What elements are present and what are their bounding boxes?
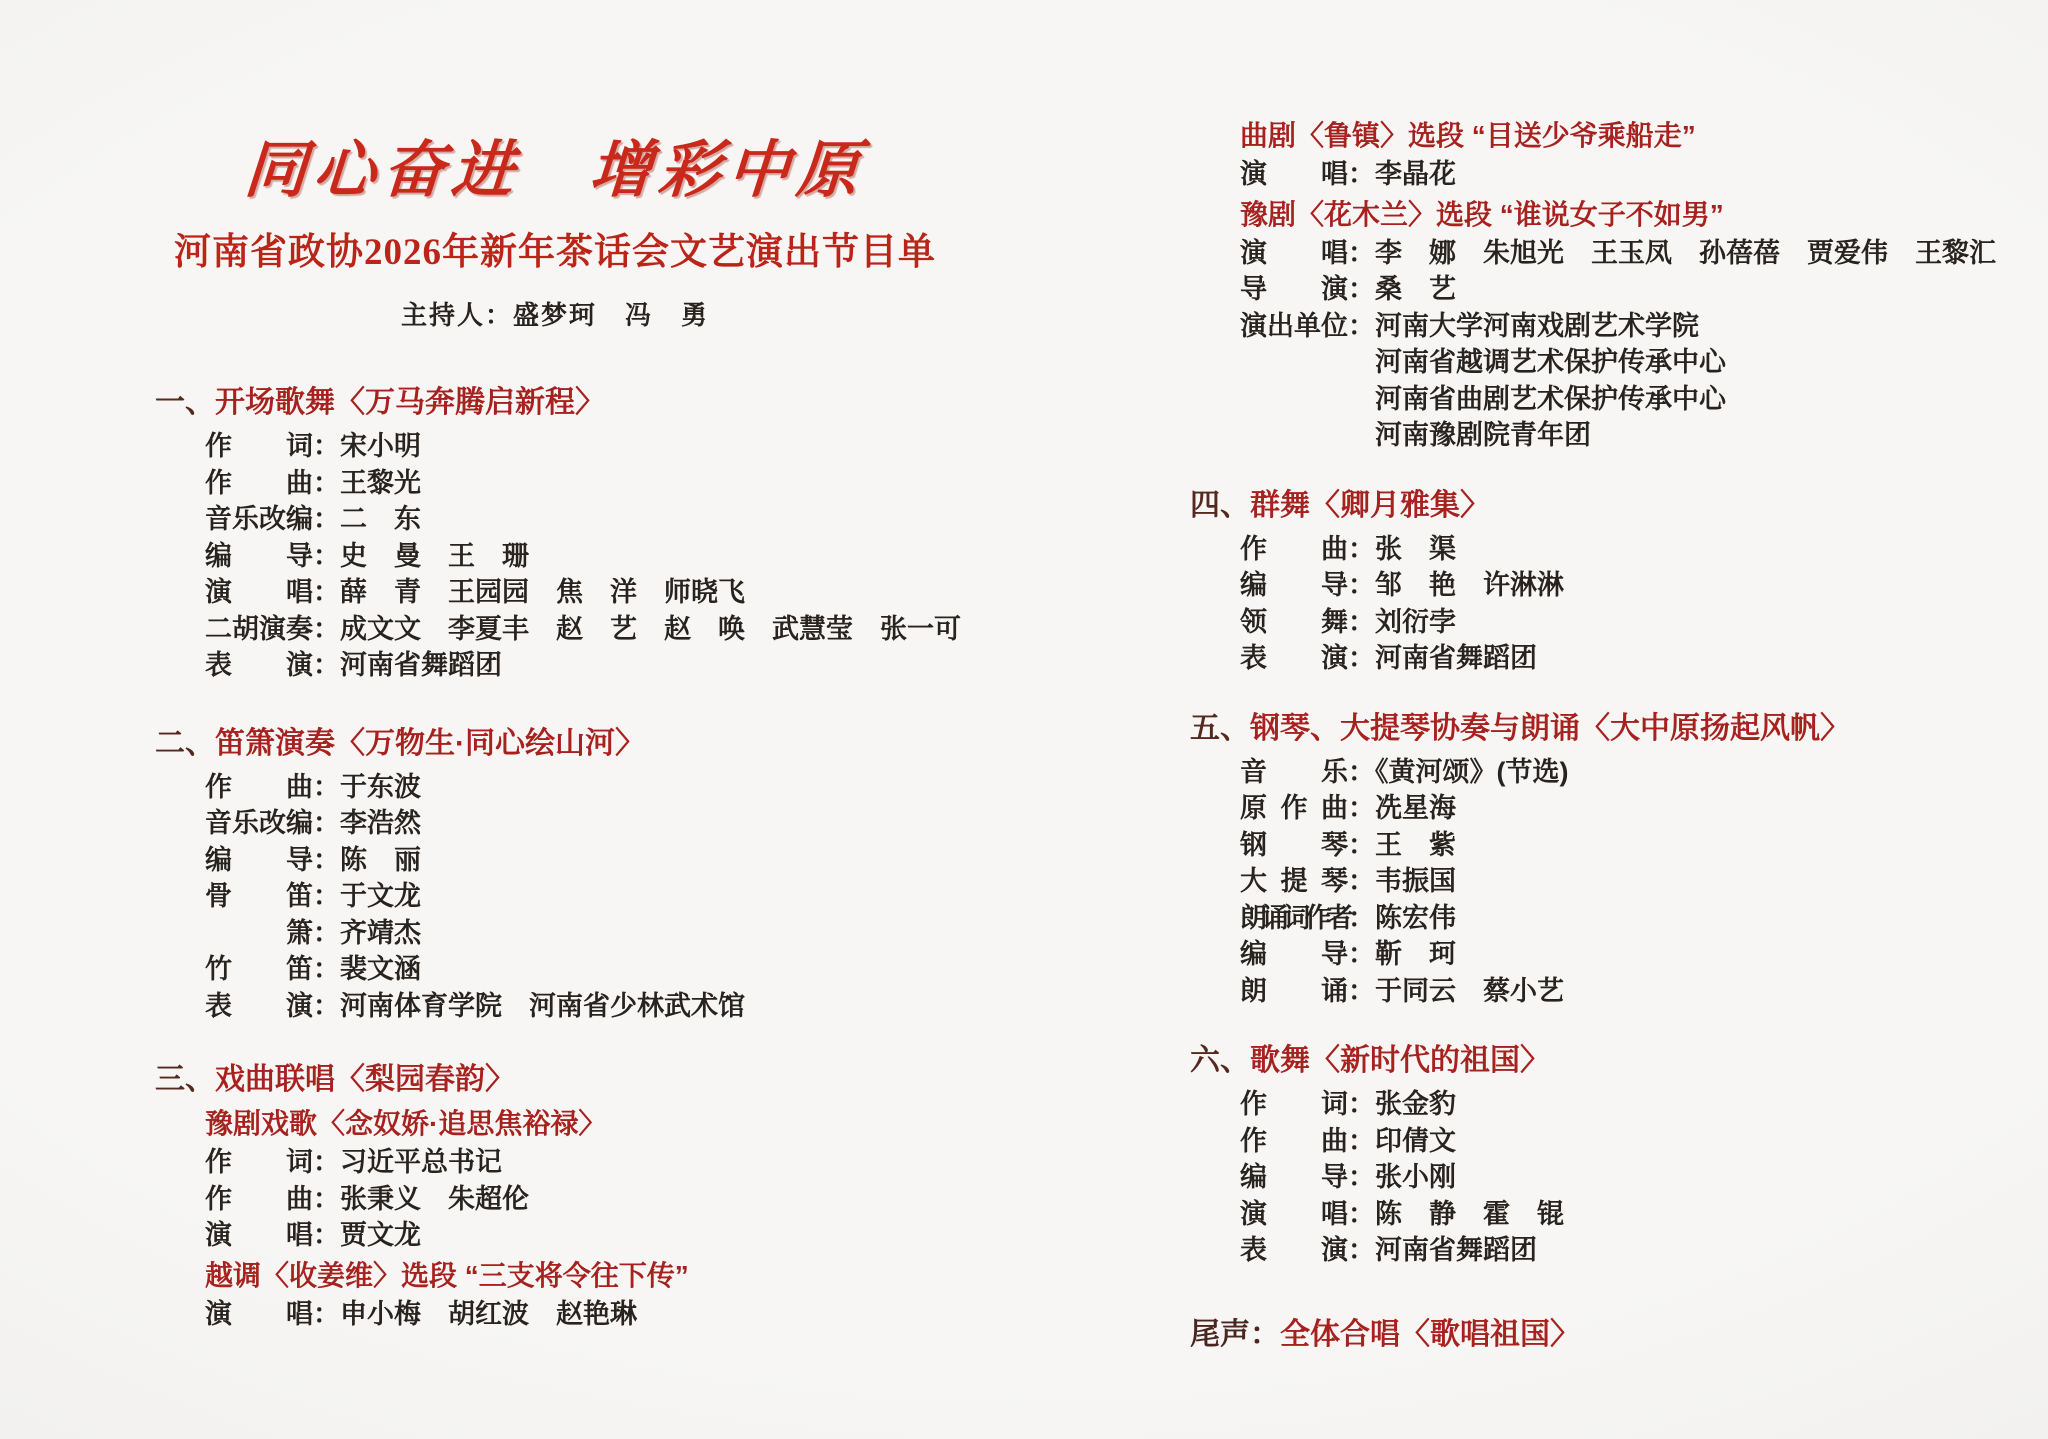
credit-row: 作曲：王黎光 [205, 465, 955, 502]
credit-value: ：张秉义 朱超伦 [313, 1184, 529, 1214]
credit-label: 演唱 [205, 574, 313, 611]
section-3-heading: 三、戏曲联唱〈梨园春韵〉 [155, 1060, 955, 1100]
finale-title: 全体合唱〈歌唱祖国〉 [1280, 1318, 1580, 1351]
credit-value: ：《黄河颂》(节选) [1348, 757, 1568, 787]
credit-value: ：桑 艺 [1348, 274, 1456, 304]
credit-row: 箫：齐靖杰 [205, 915, 955, 952]
credit-row: 音乐：《黄河颂》(节选) [1240, 754, 2030, 791]
piece-subtitle: 越调〈收姜维〉选段 “三支将令往下传” [205, 1257, 955, 1294]
credit-row: 作词：宋小明 [205, 428, 955, 465]
credit-label: 作词 [205, 428, 313, 465]
credit-value: ：李晶花 [1348, 159, 1456, 189]
section-1-heading: 一、开场歌舞〈万马奔腾启新程〉 [155, 383, 955, 423]
credit-label: 演唱 [205, 1217, 313, 1254]
credit-value: 河南省曲剧艺术保护传承中心 [1375, 384, 1726, 414]
section-2-body: 作曲：于东波 音乐改编：李浩然 编导：陈 丽 骨笛：于文龙 箫：齐靖杰 竹笛：裴… [155, 769, 955, 1025]
credit-label: 竹笛 [205, 951, 313, 988]
section-6-title: 歌舞〈新时代的祖国〉 [1250, 1044, 1550, 1077]
credit-label: 作曲 [1240, 531, 1348, 568]
credit-label: 作词 [1240, 1086, 1348, 1123]
credit-label: 编导 [205, 538, 313, 575]
credit-label: 二胡演奏 [205, 611, 313, 648]
credit-row: 表演：河南省舞蹈团 [1240, 1232, 2030, 1269]
credit-value: ：邹 艳 许淋淋 [1348, 570, 1564, 600]
section-3-title: 戏曲联唱〈梨园春韵〉 [215, 1063, 515, 1096]
credit-label: 演唱 [205, 1296, 313, 1333]
credit-row: 演出单位：河南大学河南戏剧艺术学院 [1240, 308, 2030, 345]
credit-row: 演唱：薛 青 王园园 焦 洋 师晓飞 [205, 574, 955, 611]
credit-row-continuation: 河南豫剧院青年团 [1240, 417, 2030, 454]
section-5-title: 钢琴、大提琴协奏与朗诵〈大中原扬起风帆〉 [1250, 712, 1850, 745]
left-column: 同心奋进 增彩中原 河南省政协2026年新年茶话会文艺演出节目单 主持人：盛梦珂… [155, 0, 955, 1332]
credit-label: 作曲 [205, 465, 313, 502]
credit-label: 表演 [1240, 1232, 1348, 1269]
credit-label: 演出单位 [1240, 308, 1348, 345]
section-4-heading: 四、群舞〈卿月雅集〉 [1190, 486, 2030, 526]
credit-label: 钢琴 [1240, 827, 1348, 864]
credit-value: ：王 紫 [1348, 830, 1456, 860]
credit-row: 作词：张金豹 [1240, 1086, 2030, 1123]
program-page: 同心奋进 增彩中原 河南省政协2026年新年茶话会文艺演出节目单 主持人：盛梦珂… [0, 0, 2048, 1439]
credit-label: 箫 [205, 915, 313, 952]
section-4: 四、群舞〈卿月雅集〉 作曲：张 渠 编导：邹 艳 许淋淋 领舞：刘衍孛 表演：河… [1190, 486, 2030, 677]
credit-row: 二胡演奏：成文文 李夏丰 赵 艺 赵 唤 武慧莹 张一可 [205, 611, 955, 648]
credit-label: 音乐改编 [205, 805, 313, 842]
section-2-number: 二、 [155, 727, 215, 760]
credit-row: 表演：河南省舞蹈团 [205, 647, 955, 684]
credit-label: 演唱 [1240, 1196, 1348, 1233]
credit-label: 演唱 [1240, 156, 1348, 193]
section-4-title: 群舞〈卿月雅集〉 [1250, 489, 1490, 522]
credit-value: ：薛 青 王园园 焦 洋 师晓飞 [313, 577, 745, 607]
section-5-number: 五、 [1190, 712, 1250, 745]
credit-label: 作词 [205, 1144, 313, 1181]
credit-row: 作曲：印倩文 [1240, 1123, 2030, 1160]
credit-value: 河南豫剧院青年团 [1375, 420, 1591, 450]
credit-value: ：王黎光 [313, 468, 421, 498]
piece-subtitle: 豫剧戏歌〈念奴娇·追思焦裕禄〉 [205, 1105, 955, 1142]
credit-row: 钢琴：王 紫 [1240, 827, 2030, 864]
credit-row: 演唱：李 娜 朱旭光 王玉凤 孙蓓蓓 贾爱伟 王黎汇 [1240, 235, 2030, 272]
credit-value: ：张 渠 [1348, 534, 1456, 564]
credit-row: 作曲：于东波 [205, 769, 955, 806]
credit-value: ：河南省舞蹈团 [1348, 643, 1537, 673]
section-6-heading: 六、歌舞〈新时代的祖国〉 [1190, 1041, 2030, 1081]
credit-row: 编导：邹 艳 许淋淋 [1240, 567, 2030, 604]
credit-value: ：陈 丽 [313, 845, 421, 875]
credit-value: ：印倩文 [1348, 1126, 1456, 1156]
credit-row: 编导：张小刚 [1240, 1159, 2030, 1196]
credit-row: 骨笛：于文龙 [205, 878, 955, 915]
credit-value: ：习近平总书记 [313, 1147, 502, 1177]
credit-value: 河南省越调艺术保护传承中心 [1375, 347, 1726, 377]
credit-row: 演唱：贾文龙 [205, 1217, 955, 1254]
section-3-continued-body: 曲剧〈鲁镇〉选段 “目送少爷乘船走” 演唱：李晶花 豫剧〈花木兰〉选段 “谁说女… [1190, 117, 2030, 454]
credit-value: ：靳 珂 [1348, 939, 1456, 969]
credit-value: ：李浩然 [313, 808, 421, 838]
credit-value: ：齐靖杰 [313, 918, 421, 948]
credit-label: 音乐 [1240, 754, 1348, 791]
credit-value: ：宋小明 [313, 431, 421, 461]
section-5: 五、钢琴、大提琴协奏与朗诵〈大中原扬起风帆〉 音乐：《黄河颂》(节选) 原作曲：… [1190, 709, 2030, 1010]
credit-value: ：二 东 [313, 504, 421, 534]
credit-row: 表演：河南省舞蹈团 [1240, 640, 2030, 677]
credit-label: 编导 [1240, 936, 1348, 973]
credit-label: 作曲 [205, 1181, 313, 1218]
credit-row: 音乐改编：李浩然 [205, 805, 955, 842]
credit-value: ：河南大学河南戏剧艺术学院 [1348, 311, 1699, 341]
section-1: 一、开场歌舞〈万马奔腾启新程〉 作词：宋小明 作曲：王黎光 音乐改编：二 东 编… [155, 383, 955, 684]
credit-label: 大提琴 [1240, 863, 1348, 900]
piece-subtitle: 豫剧〈花木兰〉选段 “谁说女子不如男” [1240, 196, 2030, 233]
credit-row: 演唱：李晶花 [1240, 156, 2030, 193]
credit-label: 编导 [1240, 567, 1348, 604]
credit-label: 音乐改编 [205, 501, 313, 538]
credit-row: 作曲：张 渠 [1240, 531, 2030, 568]
page-title: 河南省政协2026年新年茶话会文艺演出节目单 [155, 231, 955, 275]
credit-value: ：河南省舞蹈团 [1348, 1235, 1537, 1265]
section-2: 二、笛箫演奏〈万物生·同心绘山河〉 作曲：于东波 音乐改编：李浩然 编导：陈 丽… [155, 724, 955, 1025]
section-5-heading: 五、钢琴、大提琴协奏与朗诵〈大中原扬起风帆〉 [1190, 709, 2030, 749]
credit-row: 演唱：陈 静 霍 锟 [1240, 1196, 2030, 1233]
credit-label: 表演 [205, 988, 313, 1025]
credit-row: 原作曲：冼星海 [1240, 790, 2030, 827]
credit-label: 表演 [205, 647, 313, 684]
credit-value: ：裴文涵 [313, 954, 421, 984]
section-3-number: 三、 [155, 1063, 215, 1096]
credit-value: ：河南体育学院 河南省少林武术馆 [313, 991, 745, 1021]
credit-row: 竹笛：裴文涵 [205, 951, 955, 988]
credit-row: 演唱：申小梅 胡红波 赵艳琳 [205, 1296, 955, 1333]
credit-value: ：冼星海 [1348, 793, 1456, 823]
section-3: 三、戏曲联唱〈梨园春韵〉 豫剧戏歌〈念奴娇·追思焦裕禄〉 作词：习近平总书记 作… [155, 1060, 955, 1332]
credit-label: 作曲 [205, 769, 313, 806]
host-line: 主持人：盛梦珂 冯 勇 [155, 299, 955, 333]
credit-row: 编导：靳 珂 [1240, 936, 2030, 973]
section-1-number: 一、 [155, 386, 215, 419]
credit-value: ：张小刚 [1348, 1162, 1456, 1192]
section-6: 六、歌舞〈新时代的祖国〉 作词：张金豹 作曲：印倩文 编导：张小刚 演唱：陈 静… [1190, 1041, 2030, 1269]
credit-value: ：于同云 蔡小艺 [1348, 976, 1564, 1006]
credit-row: 朗诵：于同云 蔡小艺 [1240, 973, 2030, 1010]
credit-value: ：河南省舞蹈团 [313, 650, 502, 680]
credit-label: 朗诵 [1240, 973, 1348, 1010]
credit-row: 编导：陈 丽 [205, 842, 955, 879]
credit-label: 原作曲 [1240, 790, 1348, 827]
credit-row: 导演：桑 艺 [1240, 271, 2030, 308]
credit-row: 编导：史 曼 王 珊 [205, 538, 955, 575]
credit-row: 音乐改编：二 东 [205, 501, 955, 538]
section-3-body: 豫剧戏歌〈念奴娇·追思焦裕禄〉 作词：习近平总书记 作曲：张秉义 朱超伦 演唱：… [155, 1105, 955, 1332]
credit-row: 领舞：刘衍孛 [1240, 604, 2030, 641]
credit-value: ：刘衍孛 [1348, 607, 1456, 637]
section-5-body: 音乐：《黄河颂》(节选) 原作曲：冼星海 钢琴：王 紫 大提琴：韦振国 朗诵词作… [1190, 754, 2030, 1010]
credit-label: 领舞 [1240, 604, 1348, 641]
credit-value: ：张金豹 [1348, 1089, 1456, 1119]
credit-label: 作曲 [1240, 1123, 1348, 1160]
credit-row: 大提琴：韦振国 [1240, 863, 2030, 900]
finale-line: 尾声：全体合唱〈歌唱祖国〉 [1190, 1315, 2030, 1355]
credit-value: ：于文龙 [313, 881, 421, 911]
credit-row: 朗诵词作者：陈宏伟 [1240, 900, 2030, 937]
section-6-number: 六、 [1190, 1044, 1250, 1077]
credit-value: ：李 娜 朱旭光 王玉凤 孙蓓蓓 贾爱伟 王黎汇 [1348, 238, 1996, 268]
credit-label: 骨笛 [205, 878, 313, 915]
credit-value: ：贾文龙 [313, 1220, 421, 1250]
credit-label: 表演 [1240, 640, 1348, 677]
section-1-title: 开场歌舞〈万马奔腾启新程〉 [215, 386, 605, 419]
credit-row-continuation: 河南省越调艺术保护传承中心 [1240, 344, 2030, 381]
section-4-number: 四、 [1190, 489, 1250, 522]
piece-subtitle: 曲剧〈鲁镇〉选段 “目送少爷乘船走” [1240, 117, 2030, 154]
credit-value: ：成文文 李夏丰 赵 艺 赵 唤 武慧莹 张一可 [313, 614, 961, 644]
right-column: 曲剧〈鲁镇〉选段 “目送少爷乘船走” 演唱：李晶花 豫剧〈花木兰〉选段 “谁说女… [1190, 0, 2030, 1355]
credit-label: 编导 [1240, 1159, 1348, 1196]
credit-value: ：申小梅 胡红波 赵艳琳 [313, 1299, 637, 1329]
credit-label: 演唱 [1240, 235, 1348, 272]
section-2-title: 笛箫演奏〈万物生·同心绘山河〉 [215, 727, 645, 760]
section-2-heading: 二、笛箫演奏〈万物生·同心绘山河〉 [155, 724, 955, 764]
credit-value: ：史 曼 王 珊 [313, 541, 529, 571]
credit-value: ：韦振国 [1348, 866, 1456, 896]
credit-label: 导演 [1240, 271, 1348, 308]
credit-row: 作曲：张秉义 朱超伦 [205, 1181, 955, 1218]
credit-value: ：陈 静 霍 锟 [1348, 1199, 1564, 1229]
credit-row: 作词：习近平总书记 [205, 1144, 955, 1181]
calligraphy-slogan: 同心奋进 增彩中原 [153, 136, 958, 207]
section-1-body: 作词：宋小明 作曲：王黎光 音乐改编：二 东 编导：史 曼 王 珊 演唱：薛 青… [155, 428, 955, 684]
credit-value: ：陈宏伟 [1348, 903, 1456, 933]
section-6-body: 作词：张金豹 作曲：印倩文 编导：张小刚 演唱：陈 静 霍 锟 表演：河南省舞蹈… [1190, 1086, 2030, 1269]
credit-label: 编导 [205, 842, 313, 879]
credit-row: 表演：河南体育学院 河南省少林武术馆 [205, 988, 955, 1025]
section-3-continued: 曲剧〈鲁镇〉选段 “目送少爷乘船走” 演唱：李晶花 豫剧〈花木兰〉选段 “谁说女… [1190, 117, 2030, 454]
section-4-body: 作曲：张 渠 编导：邹 艳 许淋淋 领舞：刘衍孛 表演：河南省舞蹈团 [1190, 531, 2030, 677]
credit-value: ：于东波 [313, 772, 421, 802]
credit-label: 朗诵词作者 [1240, 900, 1348, 937]
finale-label: 尾声： [1190, 1318, 1280, 1351]
credit-row-continuation: 河南省曲剧艺术保护传承中心 [1240, 381, 2030, 418]
